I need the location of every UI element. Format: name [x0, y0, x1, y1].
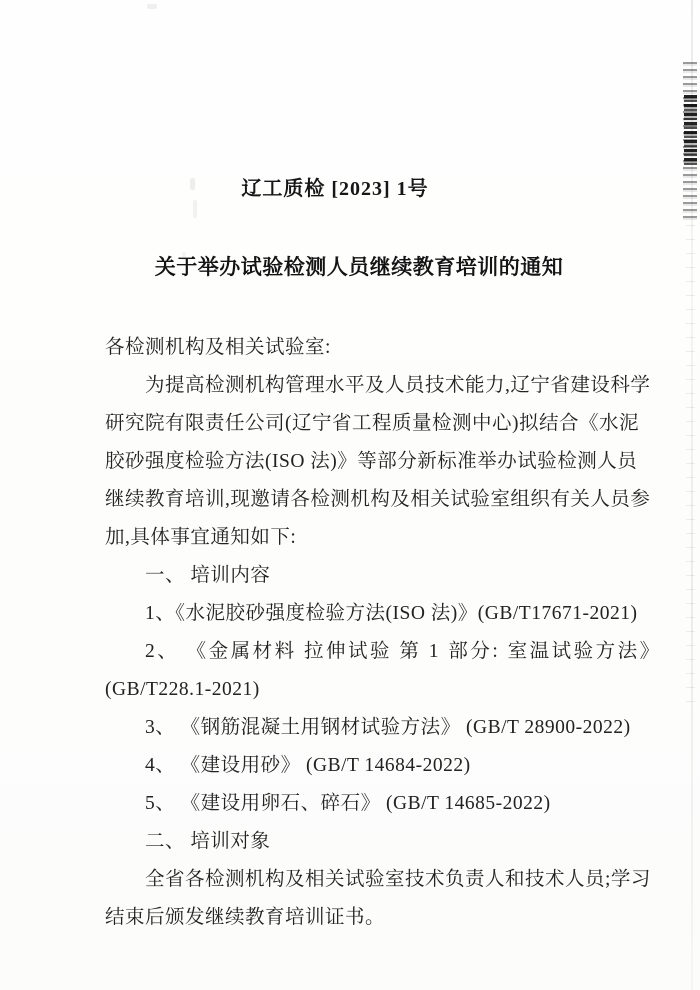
document-number: 辽工质检 [2023] 1号 [81, 176, 589, 202]
list-item-2: 2、 《金属材料 拉伸试验 第 1 部分: 室温试验方法》 [105, 633, 613, 671]
paragraph-line: 研究院有限责任公司(辽宁省工程质量检测中心)拟结合《水泥 [105, 405, 613, 443]
list-item-3: 3、 《钢筋混凝土用钢材试验方法》 (GB/T 28900-2022) [105, 709, 613, 747]
scan-smudge [182, 252, 186, 261]
document-content: 辽工质检 [2023] 1号 关于举办试验检测人员继续教育培训的通知 各检测机构… [105, 0, 613, 937]
list-item-4: 4、 《建设用砂》 (GB/T 14684-2022) [105, 747, 613, 785]
list-item-1: 1、《水泥胶砂强度检验方法(ISO 法)》(GB/T17671-2021) [105, 595, 613, 633]
scan-noise-tail-artifact [686, 225, 695, 705]
paragraph-line: 全省各检测机构及相关试验室技术负责人和技术人员;学习 [105, 861, 613, 899]
section-heading-1: 一、 培训内容 [105, 557, 613, 595]
paragraph-line: 结束后颁发继续教育培训证书。 [105, 899, 613, 937]
salutation-line: 各检测机构及相关试验室: [105, 329, 613, 367]
paragraph-line: 加,具体事宜通知如下: [105, 519, 613, 557]
scan-smudge [193, 200, 197, 218]
list-item-5: 5、 《建设用卵石、碎石》 (GB/T 14685-2022) [105, 785, 613, 823]
scan-noise-core-artifact [684, 95, 697, 167]
scan-smudge [190, 178, 195, 190]
scan-smudge [147, 4, 157, 9]
list-item-2-cont: (GB/T228.1-2021) [105, 671, 613, 709]
document-body: 各检测机构及相关试验室: 为提高检测机构管理水平及人员技术能力,辽宁省建设科学 … [105, 329, 613, 937]
scanned-document-page: 辽工质检 [2023] 1号 关于举办试验检测人员继续教育培训的通知 各检测机构… [0, 0, 700, 990]
paragraph-line: 胶砂强度检验方法(ISO 法)》等部分新标准举办试验检测人员 [105, 443, 613, 481]
paragraph-line: 继续教育培训,现邀请各检测机构及相关试验室组织有关人员参 [105, 481, 613, 519]
paragraph-line: 为提高检测机构管理水平及人员技术能力,辽宁省建设科学 [105, 367, 613, 405]
section-heading-2: 二、 培训对象 [105, 823, 613, 861]
